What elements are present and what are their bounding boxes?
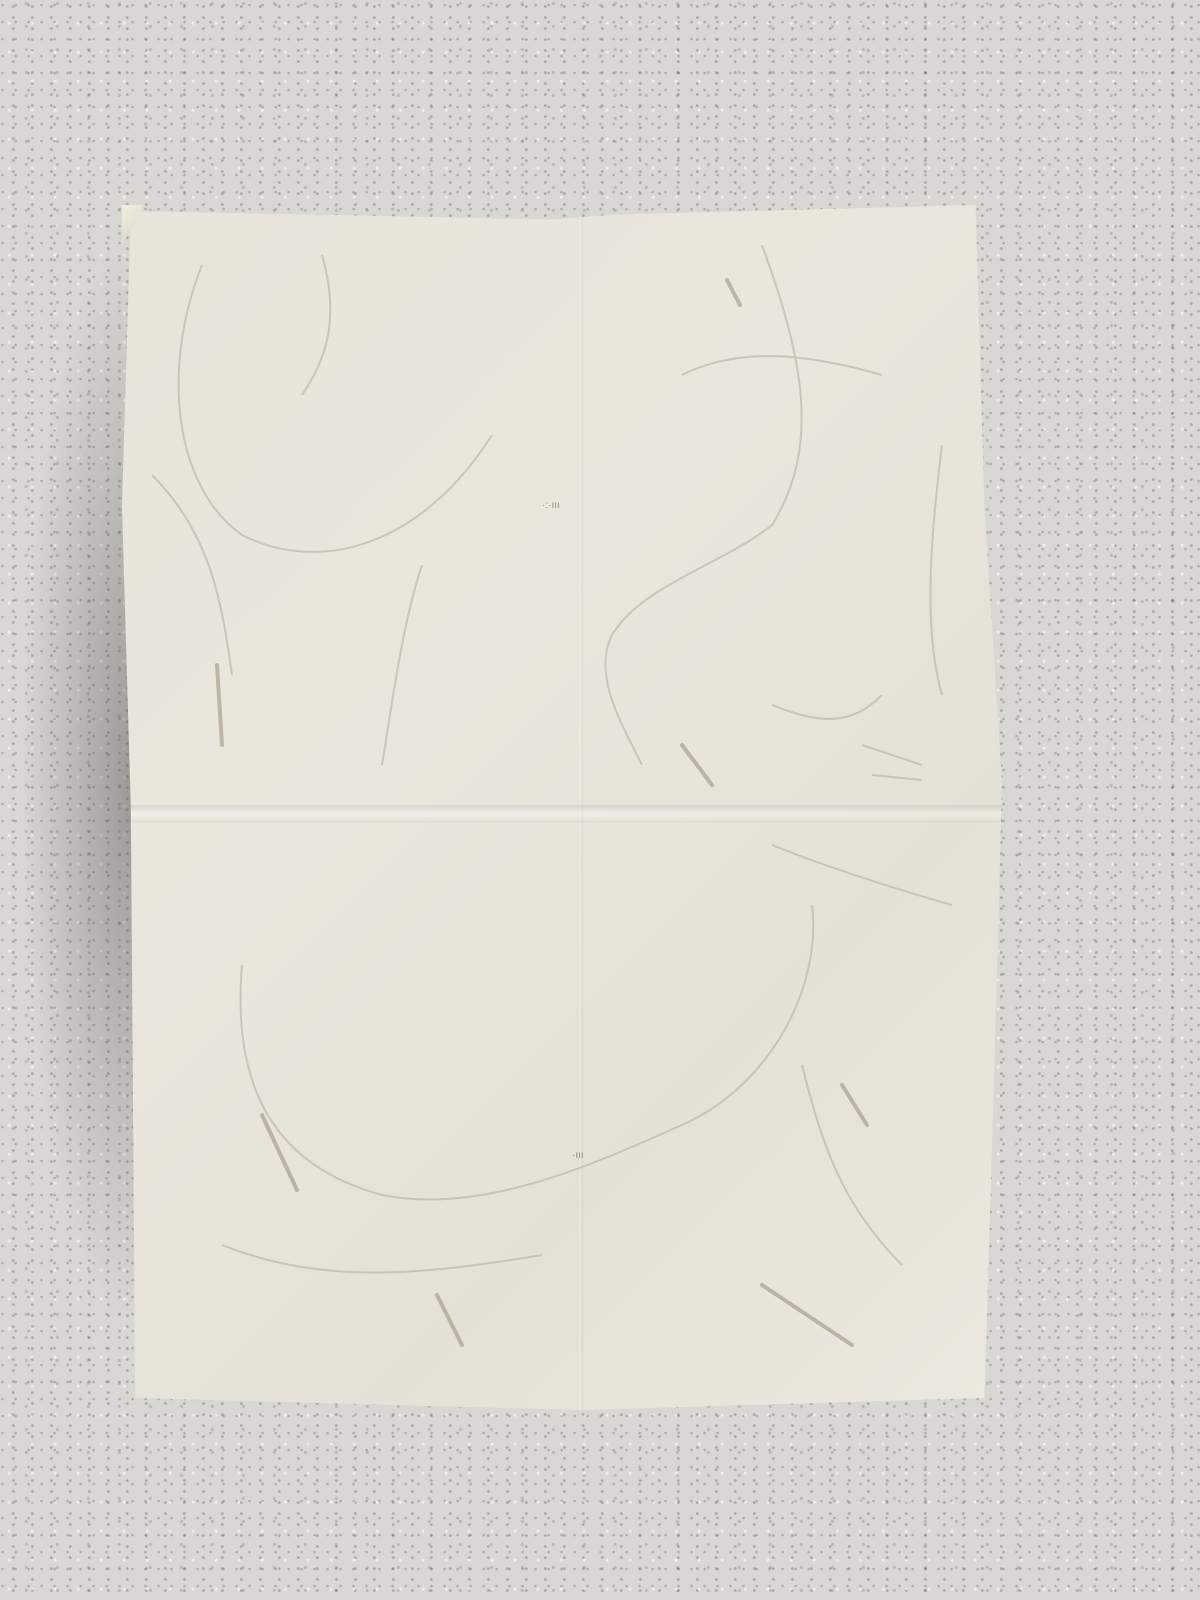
folded-paper: ·:·ııı ·ııı — [122, 205, 1002, 1410]
faint-mark: ·:·ııı — [542, 500, 560, 511]
pencil-sketch — [122, 205, 1002, 1410]
faint-mark: ·ııı — [572, 1150, 584, 1161]
